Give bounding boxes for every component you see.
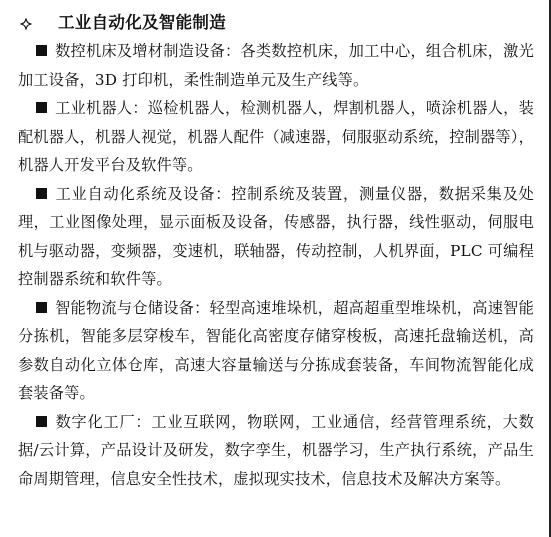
list-item-cnc-additive: 数控机床及增材制造设备：各类数控机床，加工中心，组合机床，激光加工设备，3D 打… <box>18 37 534 94</box>
document-page: 工业自动化及智能制造 数控机床及增材制造设备：各类数控机床，加工中心，组合机床，… <box>0 0 551 537</box>
list-item-text: 工业机器人：巡检机器人，检测机器人，焊割机器人，喷涂机器人，装配机器人，机器人视… <box>18 99 534 174</box>
list-item-text: 工业自动化系统及设备：控制系统及装置，测量仪器，数据采集及处理，工业图像处理，显… <box>18 185 534 289</box>
four-point-star-icon <box>20 15 32 27</box>
square-bullet-icon <box>36 302 47 313</box>
list-item-industrial-robots: 工业机器人：巡检机器人，检测机器人，焊割机器人，喷涂机器人，装配机器人，机器人视… <box>18 94 534 180</box>
list-item-text: 智能物流与仓储设备：轻型高速堆垛机，超高超重型堆垛机，高速智能分拣机，智能多层穿… <box>18 299 534 403</box>
list-item-automation-systems: 工业自动化系统及设备：控制系统及装置，测量仪器，数据采集及处理，工业图像处理，显… <box>18 180 534 294</box>
square-bullet-icon <box>36 416 47 427</box>
list-item-text: 数字化工厂：工业互联网，物联网，工业通信，经营管理系统，大数据/云计算，产品设计… <box>18 413 534 488</box>
item-list: 数控机床及增材制造设备：各类数控机床，加工中心，组合机床，激光加工设备，3D 打… <box>18 37 534 493</box>
square-bullet-icon <box>36 45 47 56</box>
list-item-digital-factory: 数字化工厂：工业互联网，物联网，工业通信，经营管理系统，大数据/云计算，产品设计… <box>18 408 534 494</box>
list-item-text: 数控机床及增材制造设备：各类数控机床，加工中心，组合机床，激光加工设备，3D 打… <box>18 42 534 89</box>
section-title: 工业自动化及智能制造 <box>58 9 226 33</box>
square-bullet-icon <box>36 102 47 113</box>
square-bullet-icon <box>36 188 47 199</box>
section-heading: 工业自动化及智能制造 <box>16 8 226 34</box>
list-item-smart-logistics: 智能物流与仓储设备：轻型高速堆垛机，超高超重型堆垛机，高速智能分拣机，智能多层穿… <box>18 294 534 408</box>
